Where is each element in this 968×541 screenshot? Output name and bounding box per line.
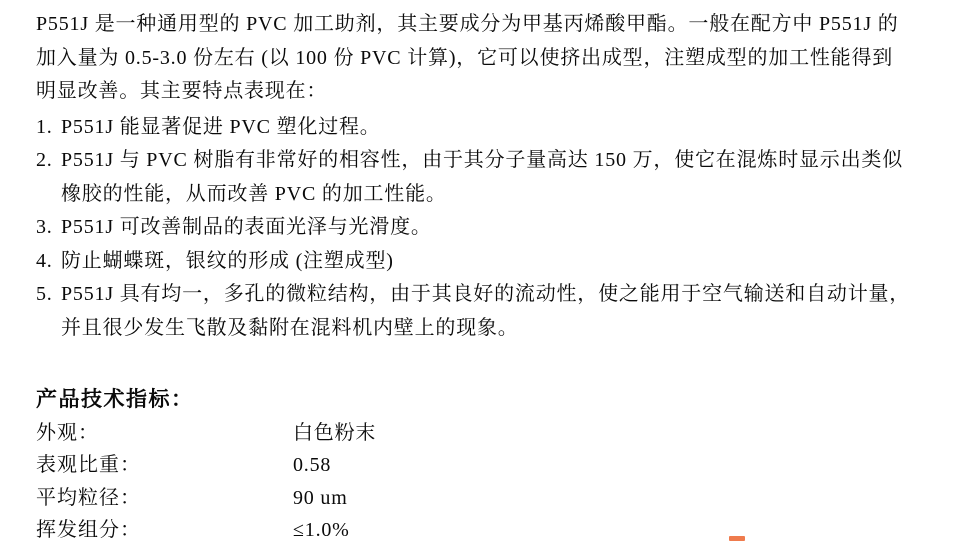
document-body: P551J 是一种通用型的 PVC 加工助剂，其主要成分为甲基丙烯酸甲酯。一般在… xyxy=(36,8,948,541)
feature-item-5: 5. P551J 具有均一，多孔的微粒结构，由于其良好的流动性，使之能用于空气输… xyxy=(36,278,948,312)
spec-value: 0.58 xyxy=(293,449,331,481)
document-page: P551J 是一种通用型的 PVC 加工助剂，其主要成分为甲基丙烯酸甲酯。一般在… xyxy=(0,0,968,541)
feature-text: 橡胶的性能，从而改善 PVC 的加工性能。 xyxy=(61,178,447,212)
spec-label: 外观： xyxy=(36,417,293,449)
feature-item-2: 2. P551J 与 PVC 树脂有非常好的相容性，由于其分子量高达 150 万… xyxy=(36,144,948,178)
intro-line: 加入量为 0.5-3.0 份左右 (以 100 份 PVC 计算)，它可以使挤出… xyxy=(36,42,948,76)
feature-item-5-continued: 并且很少发生飞散及黏附在混料机内壁上的现象。 xyxy=(36,312,948,346)
feature-text: P551J 可改善制品的表面光泽与光滑度。 xyxy=(61,211,432,245)
spec-value: ≤1.0% xyxy=(293,514,350,541)
spec-label: 平均粒径： xyxy=(36,482,293,514)
feature-text: 并且很少发生飞散及黏附在混料机内壁上的现象。 xyxy=(61,312,519,346)
feature-item-1: 1. P551J 能显著促进 PVC 塑化过程。 xyxy=(36,111,948,145)
feature-number: 2. xyxy=(36,144,61,178)
feature-text: 防止蝴蝶斑，银纹的形成 (注塑成型) xyxy=(61,245,394,279)
spec-row-bulk-density: 表观比重： 0.58 xyxy=(36,449,948,481)
feature-text: P551J 具有均一，多孔的微粒结构，由于其良好的流动性，使之能用于空气输送和自… xyxy=(61,278,910,312)
intro-paragraph: P551J 是一种通用型的 PVC 加工助剂，其主要成分为甲基丙烯酸甲酯。一般在… xyxy=(36,8,948,109)
feature-number: 5. xyxy=(36,278,61,312)
spec-label: 表观比重： xyxy=(36,449,293,481)
feature-number: 1. xyxy=(36,111,61,145)
feature-list: 1. P551J 能显著促进 PVC 塑化过程。 2. P551J 与 PVC … xyxy=(36,111,948,346)
spec-label: 挥发组分： xyxy=(36,514,293,541)
specs-section: 产品技术指标： 外观： 白色粉末 表观比重： 0.58 平均粒径： 90 um … xyxy=(36,384,948,541)
feature-number: 3. xyxy=(36,211,61,245)
spec-value: 白色粉末 xyxy=(293,417,376,449)
feature-text: P551J 与 PVC 树脂有非常好的相容性，由于其分子量高达 150 万，使它… xyxy=(61,144,903,178)
feature-item-3: 3. P551J 可改善制品的表面光泽与光滑度。 xyxy=(36,211,948,245)
specs-heading: 产品技术指标： xyxy=(36,384,948,414)
cutoff-red-mark xyxy=(729,536,745,541)
feature-text: P551J 能显著促进 PVC 塑化过程。 xyxy=(61,111,381,145)
intro-line: 明显改善。其主要特点表现在： xyxy=(36,75,948,109)
spec-row-volatiles: 挥发组分： ≤1.0% xyxy=(36,514,948,541)
feature-number: 4. xyxy=(36,245,61,279)
spec-row-particle-size: 平均粒径： 90 um xyxy=(36,482,948,514)
feature-item-4: 4. 防止蝴蝶斑，银纹的形成 (注塑成型) xyxy=(36,245,948,279)
feature-item-2-continued: 橡胶的性能，从而改善 PVC 的加工性能。 xyxy=(36,178,948,212)
spec-row-appearance: 外观： 白色粉末 xyxy=(36,417,948,449)
spec-value: 90 um xyxy=(293,482,348,514)
intro-line: P551J 是一种通用型的 PVC 加工助剂，其主要成分为甲基丙烯酸甲酯。一般在… xyxy=(36,8,948,42)
